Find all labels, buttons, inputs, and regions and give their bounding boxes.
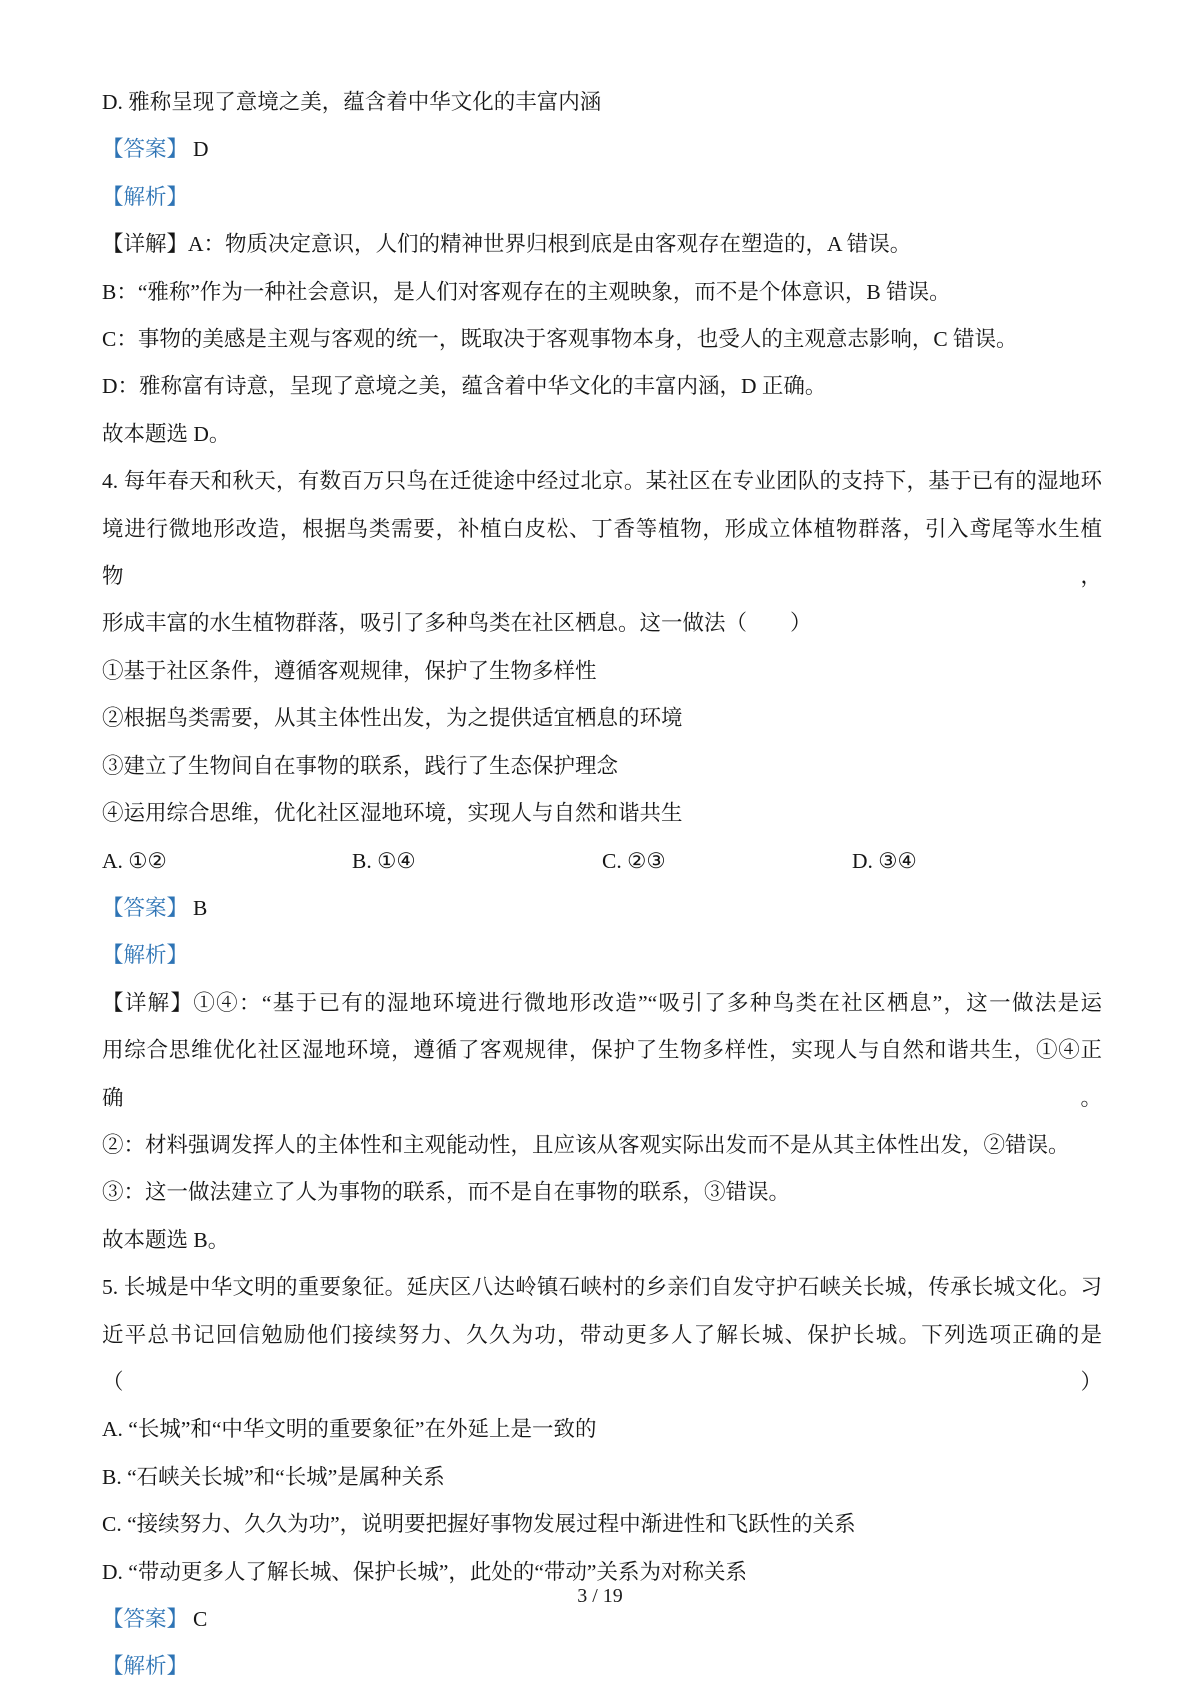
q4-choice-b: B. ①④ [352, 838, 602, 885]
q4-choice-a: A. ①② [102, 838, 352, 885]
q4-answer-label: 【答案】 [102, 896, 188, 920]
q4-detail-line-4: ③：这一做法建立了人为事物的联系，而不是自在事物的联系，③错误。 [102, 1169, 1102, 1216]
q3-conclusion: 故本题选 D。 [102, 411, 1102, 458]
q3-detail-line-2: B：“雅称”作为一种社会意识，是人们对客观存在的主观映象，而不是个体意识，B 错… [102, 269, 1102, 316]
q4-detail-line-3: ②：材料强调发挥人的主体性和主观能动性，且应该从客观实际出发而不是从其主体性出发… [102, 1122, 1102, 1169]
q4-choice-d: D. ③④ [852, 838, 1102, 885]
q3-answer-value: D [193, 137, 209, 161]
q5-option-a: A. “长城”和“中华文明的重要象征”在外延上是一致的 [102, 1406, 1102, 1453]
q5-stem-line-2: 近平总书记回信勉励他们接续努力、久久为功，带动更多人了解长城、保护长城。下列选项… [102, 1312, 1102, 1407]
q4-analysis-label: 【解析】 [102, 932, 1102, 979]
document-body: D. 雅称呈现了意境之美，蕴含着中华文化的丰富内涵 【答案】D 【解析】 【详解… [102, 79, 1102, 1691]
q3-detail-line-3: C：事物的美感是主观与客观的统一，既取决于客观事物本身，也受人的主观意志影响，C… [102, 316, 1102, 363]
q5-answer-value: C [193, 1607, 207, 1631]
q5-option-c: C. “接续努力、久久为功”，说明要把握好事物发展过程中渐进性和飞跃性的关系 [102, 1501, 1102, 1548]
q3-answer-row: 【答案】D [102, 126, 1102, 173]
q3-detail-line-4: D：雅称富有诗意，呈现了意境之美，蕴含着中华文化的丰富内涵，D 正确。 [102, 363, 1102, 410]
q4-statement-2: ②根据鸟类需要，从其主体性出发，为之提供适宜栖息的环境 [102, 695, 1102, 742]
q5-option-b: B. “石峡关长城”和“长城”是属种关系 [102, 1454, 1102, 1501]
q4-stem-line-1: 4. 每年春天和秋天，有数百万只鸟在迁徙途中经过北京。某社区在专业团队的支持下，… [102, 458, 1102, 505]
q4-detail-line-1: 【详解】①④：“基于已有的湿地环境进行微地形改造”“吸引了多种鸟类在社区栖息”，… [102, 980, 1102, 1027]
q4-statement-1: ①基于社区条件，遵循客观规律，保护了生物多样性 [102, 648, 1102, 695]
q4-statement-3: ③建立了生物间自在事物的联系，践行了生态保护理念 [102, 743, 1102, 790]
page-number: 3 / 19 [0, 1583, 1200, 1610]
q4-stem-line-2: 境进行微地形改造，根据鸟类需要，补植白皮松、丁香等植物，形成立体植物群落，引入鸢… [102, 506, 1102, 601]
q4-choice-c: C. ②③ [602, 838, 852, 885]
q4-answer-value: B [193, 896, 207, 920]
q4-answer-row: 【答案】B [102, 885, 1102, 932]
q5-analysis-label: 【解析】 [102, 1643, 1102, 1690]
q4-conclusion: 故本题选 B。 [102, 1217, 1102, 1264]
q5-answer-label: 【答案】 [102, 1607, 188, 1631]
q4-choices-row: A. ①② B. ①④ C. ②③ D. ③④ [102, 838, 1102, 885]
q3-detail-line-1: 【详解】A：物质决定意识，人们的精神世界归根到底是由客观存在塑造的，A 错误。 [102, 221, 1102, 268]
q4-detail-line-2: 用综合思维优化社区湿地环境，遵循了客观规律，保护了生物多样性，实现人与自然和谐共… [102, 1027, 1102, 1122]
q3-analysis-label: 【解析】 [102, 174, 1102, 221]
q3-answer-label: 【答案】 [102, 137, 188, 161]
q4-stem-line-3: 形成丰富的水生植物群落，吸引了多种鸟类在社区栖息。这一做法（ ） [102, 600, 1102, 647]
q4-statement-4: ④运用综合思维，优化社区湿地环境，实现人与自然和谐共生 [102, 790, 1102, 837]
q5-stem-line-1: 5. 长城是中华文明的重要象征。延庆区八达岭镇石峡村的乡亲们自发守护石峡关长城，… [102, 1264, 1102, 1311]
q3-option-d: D. 雅称呈现了意境之美，蕴含着中华文化的丰富内涵 [102, 79, 1102, 126]
document-page: D. 雅称呈现了意境之美，蕴含着中华文化的丰富内涵 【答案】D 【解析】 【详解… [0, 0, 1200, 1697]
